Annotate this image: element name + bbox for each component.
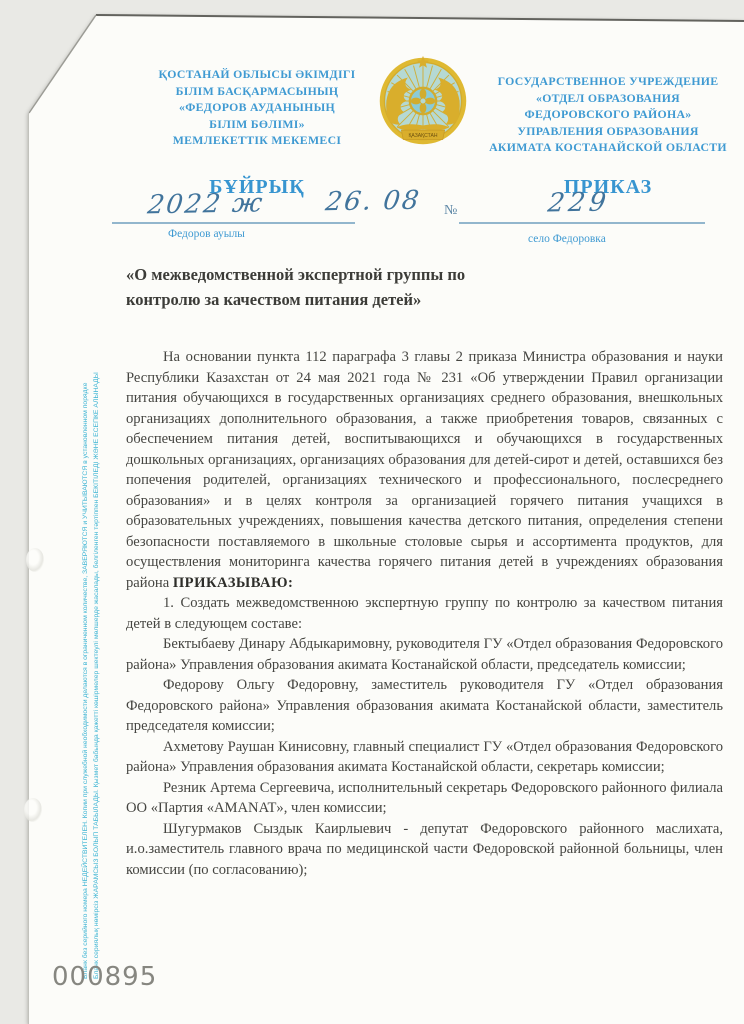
org-ru-line: УПРАВЛЕНИЯ ОБРАЗОВАНИЯ	[478, 123, 738, 140]
order-body: На основании пункта 112 параграфа 3 глав…	[126, 347, 723, 880]
number-sign: №	[444, 203, 457, 219]
emblem-shanyrak	[410, 88, 436, 114]
body-paragraph-member: Резник Артема Сергеевича, исполнительный…	[126, 778, 723, 819]
body-paragraph-preamble: На основании пункта 112 параграфа 3 глав…	[126, 347, 723, 593]
body-paragraph-member: Ахметову Раушан Кинисовну, главный специ…	[126, 737, 723, 778]
handwritten-date: 2022 ж 26. 08	[146, 186, 423, 221]
org-ru-line: ФЕДОРОВСКОГО РАЙОНА»	[478, 106, 738, 123]
body-paragraph-member: Бектыбаеву Динару Абдыкаримовну, руковод…	[126, 634, 723, 675]
kazakhstan-emblem-icon: ҚАЗАҚСТАН	[376, 53, 470, 149]
place-russian: село Федоровка	[528, 233, 606, 245]
svg-text:ҚАЗАҚСТАН: ҚАЗАҚСТАН	[408, 133, 437, 139]
order-verb: ПРИКАЗЫВАЮ:	[173, 575, 294, 591]
org-kk-line: ҚОСТАНАЙ ОБЛЫСЫ ӘКІМДІГІ	[118, 66, 396, 83]
order-subject: «О межведомственной экспертной группы по…	[126, 262, 478, 312]
org-kk-line: БІЛІМ БӨЛІМІ»	[118, 116, 396, 133]
org-name-russian: ГОСУДАРСТВЕННОЕ УЧРЕЖДЕНИЕ «ОТДЕЛ ОБРАЗО…	[478, 73, 738, 156]
punch-hole	[26, 548, 44, 572]
body-paragraph-member: Шугурмаков Сыздык Каирлыевич - депутат Ф…	[126, 819, 723, 881]
org-kk-line: «ФЕДОРОВ АУДАНЫНЫҢ	[118, 99, 396, 116]
blank-serial-number: 000895	[52, 962, 157, 992]
org-ru-line: ГОСУДАРСТВЕННОЕ УЧРЕЖДЕНИЕ	[478, 73, 738, 90]
body-paragraph-member: Федорову Ольгу Федоровну, заместитель ру…	[126, 675, 723, 737]
place-kazakh: Федоров ауылы	[168, 228, 245, 240]
number-underline	[459, 222, 705, 224]
security-strip: Бланк без серийного номера НЕДЕЙСТВИТЕЛЕ…	[80, 327, 102, 979]
org-kk-line: БІЛІМ БАСҚАРМАСЫНЫҢ	[118, 83, 396, 100]
date-underline	[112, 222, 355, 224]
security-line-kazakh: Бланк сериялық нөмірсіз ЖАРАМСЫЗ БОЛЫП Т…	[91, 327, 102, 979]
handwritten-order-number: 229	[546, 187, 611, 218]
security-line-russian: Бланк без серийного номера НЕДЕЙСТВИТЕЛЕ…	[80, 327, 91, 979]
punch-hole	[24, 798, 42, 822]
body-paragraph-item1: 1. Создать межведомственною экспертную г…	[126, 593, 723, 634]
org-kk-line: МЕМЛЕКЕТТІК МЕКЕМЕСІ	[118, 132, 396, 149]
scanned-document-canvas: ҚОСТАНАЙ ОБЛЫСЫ ӘКІМДІГІ БІЛІМ БАСҚАРМАС…	[0, 0, 744, 1024]
emblem-banner: ҚАЗАҚСТАН	[401, 130, 444, 139]
org-ru-line: АКИМАТА КОСТАНАЙСКОЙ ОБЛАСТИ	[478, 139, 738, 156]
org-ru-line: «ОТДЕЛ ОБРАЗОВАНИЯ	[478, 90, 738, 107]
preamble-text: На основании пункта 112 параграфа 3 глав…	[126, 349, 723, 591]
org-name-kazakh: ҚОСТАНАЙ ОБЛЫСЫ ӘКІМДІГІ БІЛІМ БАСҚАРМАС…	[118, 66, 396, 149]
